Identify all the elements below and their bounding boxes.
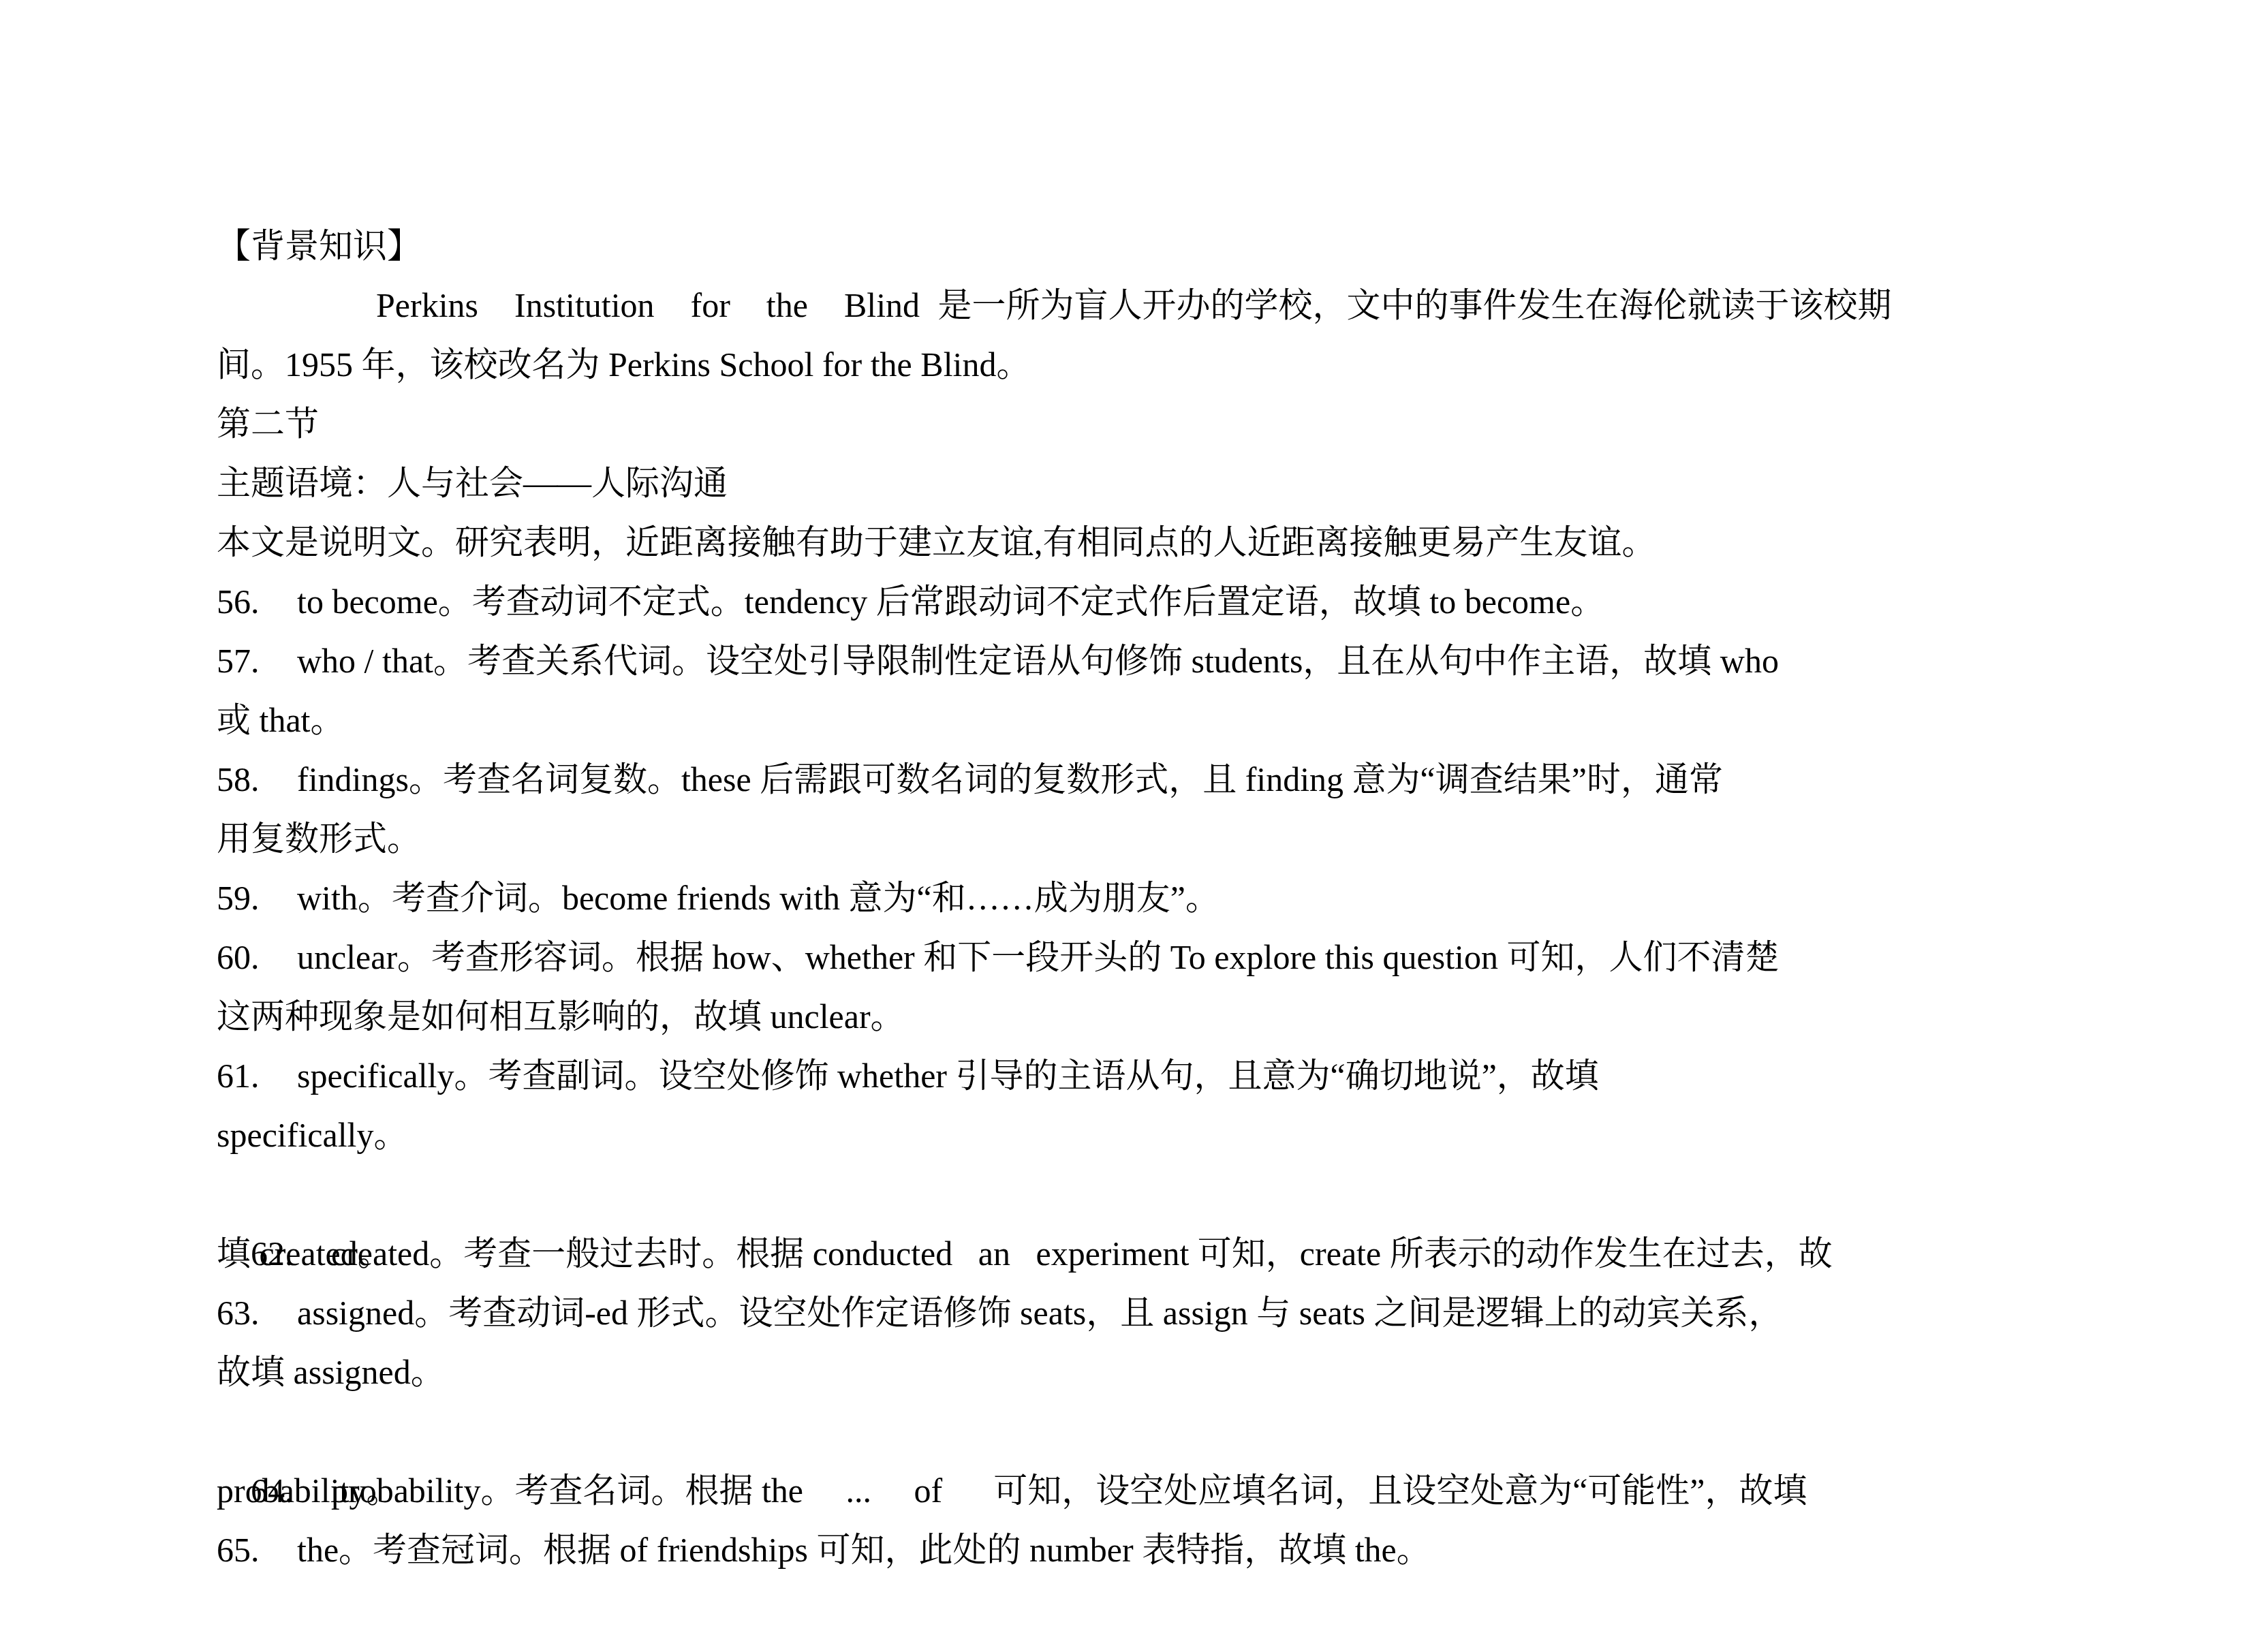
answer-63-continued: 故填 assigned。 [217,1343,2056,1402]
background-paragraph-line-1: Perkins Institution for the Blind 是一所为盲人… [217,276,2056,335]
answer-text: the。考查冠词。根据 of friendships 可知，此处的 number… [297,1531,1431,1569]
answer-number: 57. [217,632,297,691]
background-paragraph-line-2: 间。1955 年，该校改名为 Perkins School for the Bl… [217,335,2056,394]
answer-56: 56.to become。考查动词不定式。tendency 后常跟动词不定式作后… [217,572,2056,632]
document-page: 【背景知识】 Perkins Institution for the Blind… [217,217,2056,1580]
answer-number: 56. [217,572,297,632]
answer-text: unclear。考查形容词。根据 how、whether 和下一段开头的 To … [297,938,1779,976]
answer-number: 58. [217,750,297,809]
answer-58: 58.findings。考查名词复数。these 后需跟可数名词的复数形式，且 … [217,750,2056,809]
answer-number: 59. [217,869,297,928]
answer-65: 65.the。考查冠词。根据 of friendships 可知，此处的 num… [217,1521,2056,1580]
section-summary: 本文是说明文。研究表明，近距离接触有助于建立友谊,有相同点的人近距离接触更易产生… [217,513,2056,572]
answer-59: 59.with。考查介词。become friends with 意为“和……成… [217,869,2056,928]
answer-text: probability。考查名词。根据 the ... of 可知，设空处应填名… [331,1471,1807,1510]
answer-text: who / that。考查关系代词。设空处引导限制性定语从句修饰 student… [297,642,1779,680]
answer-64: 64.probability。考查名词。根据 the ... of 可知，设空处… [217,1402,2056,1461]
answer-number: 61. [217,1046,297,1106]
answer-number: 63. [217,1283,297,1343]
answer-text: to become。考查动词不定式。tendency 后常跟动词不定式作后置定语… [297,582,1604,621]
answer-text: specifically。考查副词。设空处修饰 whether 引导的主语从句，… [297,1057,1599,1095]
answer-61: 61.specifically。考查副词。设空处修饰 whether 引导的主语… [217,1046,2056,1106]
answer-60-continued: 这两种现象是如何相互影响的，故填 unclear。 [217,987,2056,1046]
answer-text: findings。考查名词复数。these 后需跟可数名词的复数形式，且 fin… [297,760,1723,798]
answer-61-continued: specifically。 [217,1106,2056,1165]
answer-57: 57.who / that。考查关系代词。设空处引导限制性定语从句修饰 stud… [217,632,2056,691]
answer-number: 65. [217,1521,297,1580]
answer-62: 62.created。考查一般过去时。根据 conducted an exper… [217,1165,2056,1224]
answer-57-continued: 或 that。 [217,691,2056,750]
answer-number: 60. [217,928,297,987]
answer-text: with。考查介词。become friends with 意为“和……成为朋友… [297,879,1219,917]
answer-text: assigned。考查动词-ed 形式。设空处作定语修饰 seats，且 ass… [297,1294,1782,1332]
answer-58-continued: 用复数形式。 [217,809,2056,869]
section-theme: 主题语境：人与社会——人际沟通 [217,454,2056,513]
answer-text: created。考查一般过去时。根据 conducted an experime… [331,1234,1833,1273]
section-title: 第二节 [217,394,2056,454]
answer-60: 60.unclear。考查形容词。根据 how、whether 和下一段开头的 … [217,928,2056,987]
background-heading: 【背景知识】 [217,217,2056,276]
answer-63: 63.assigned。考查动词-ed 形式。设空处作定语修饰 seats，且 … [217,1283,2056,1343]
